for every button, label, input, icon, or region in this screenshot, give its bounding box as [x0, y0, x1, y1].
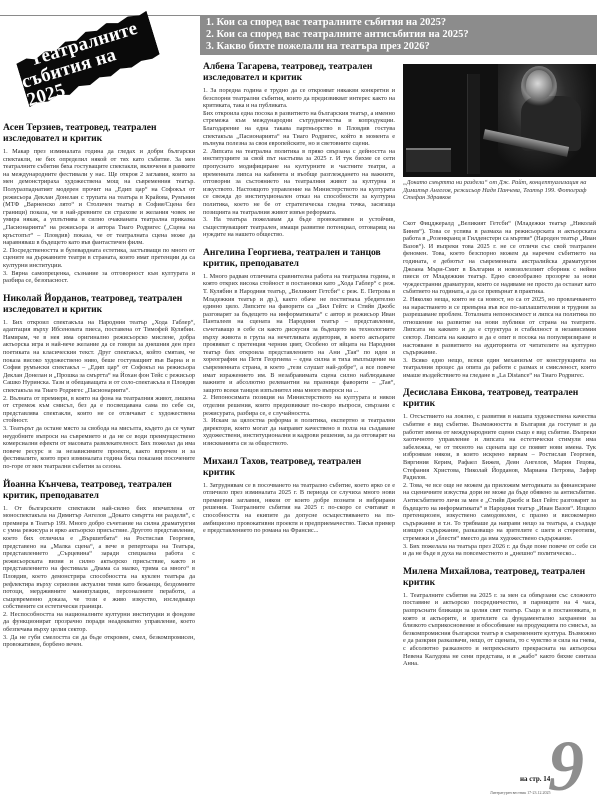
author-name: Албена Тагарева, театровед, театрален из…	[203, 61, 395, 83]
column-right: Скот Фицджералд „Великият Гетсби“ (Младе…	[403, 220, 596, 676]
author-name: Михаил Тахов, театровед, театрален крити…	[203, 456, 395, 478]
response-section: Албена Тагарева, театровед, театрален из…	[203, 61, 395, 239]
answer-paragraph: 3. Всяко едно нещо, всеки един механизъм…	[403, 357, 596, 380]
author-name: Николай Йорданов, театровед, театрален и…	[3, 293, 195, 315]
response-section: Ангелина Георгиева, театрален и танцов к…	[203, 247, 395, 448]
performance-photo	[403, 64, 596, 177]
answer-paragraph: 2. Неспособността на националните култур…	[3, 611, 195, 634]
author-name: Асен Терзиев, театровед, театрален изсле…	[3, 122, 195, 144]
column-left: Асен Терзиев, театровед, театрален изсле…	[3, 122, 195, 657]
answer-paragraph: 3. Искам за цялостна реформа и политика,…	[203, 417, 395, 447]
answer-paragraph: 3. Бих пожелала на театъра през 2026 г. …	[403, 543, 596, 558]
question-2: 2. Кои са според вас театралните антисъб…	[206, 29, 591, 41]
response-section: Асен Терзиев, театровед, театрален изсле…	[3, 122, 195, 285]
page-number: 9	[548, 730, 584, 800]
answer-paragraph: 3. Театърът да остане място за свобода н…	[3, 425, 195, 471]
column-middle: Албена Тагарева, театровед, театрален из…	[203, 61, 395, 543]
section-banner: Театралните събития на 2025	[13, 11, 164, 107]
continued-on-page: на стр. 14	[520, 775, 550, 783]
author-name: Йоанна Кънчева, театровед, театрален кри…	[3, 479, 195, 501]
answer-paragraph: 2. Няколко неща, които не са новост, но …	[403, 296, 596, 357]
answer-paragraph: 3. На театъра пожелавам да бъде провокат…	[203, 216, 395, 239]
response-section: Йоанна Кънчева, театровед, театрален кри…	[3, 479, 195, 649]
author-name: Десислава Енкова, театровед, театрален к…	[403, 387, 596, 409]
top-rule	[0, 15, 200, 16]
response-section: Михаил Тахов, театровед, театрален крити…	[203, 456, 395, 535]
answer-paragraph: 2. Липсата на театрална политика в пряко…	[203, 148, 395, 216]
answer-paragraph: 1. Затруднявам се в посочването на театр…	[203, 482, 395, 535]
question-3: 3. Какво бихте пожелали на театъра през …	[206, 41, 591, 53]
answer-paragraph: 3. Да не губи смелостта си да бъде откро…	[3, 634, 195, 649]
answer-paragraph: 1. Отсъствието на лоялно, с развития в н…	[403, 413, 596, 481]
answer-paragraph: 1. За поредна година е трудно да се откр…	[203, 87, 395, 110]
performer-head	[526, 70, 552, 100]
author-name: Милена Михайлова, театровед, театрален к…	[403, 566, 596, 588]
answer-paragraph: 1. Макар през изминалата година да гледа…	[3, 148, 195, 247]
response-section: Десислава Енкова, театровед, театрален к…	[403, 387, 596, 557]
answer-paragraph: 1. Театралните събития на 2025 г. за мен…	[403, 592, 596, 668]
answer-paragraph: Скот Фицджералд „Великият Гетсби“ (Младе…	[403, 220, 596, 296]
curtain-shape	[467, 74, 480, 174]
answer-paragraph: 2. Вълната от премиери, в която на фона …	[3, 395, 195, 425]
answer-paragraph: 2. Това, че все още не можем да приложим…	[403, 482, 596, 543]
question-1: 1. Кои са според вас театралните събития…	[206, 17, 591, 29]
answer-paragraph: 2. Посредствеността и булевардната естет…	[3, 247, 195, 270]
answer-paragraph: 1. От българските спектакли най-силно би…	[3, 505, 195, 611]
answer-paragraph: 1. Много радвам отличната сравнителна ра…	[203, 273, 395, 395]
photo-caption: „Докато смъртта ни раздели“ от Дж. Райт,…	[403, 179, 596, 202]
equipment-stand	[406, 148, 451, 172]
answer-paragraph: Бих откроила една посока в развитието на…	[203, 110, 395, 148]
answer-paragraph: 3. Вярна самопреценка, съзнание за отгов…	[3, 270, 195, 285]
response-section: Николай Йорданов, театровед, театрален и…	[3, 293, 195, 471]
footer-publication: Литературен вестник 17-23.12.2025	[490, 790, 550, 795]
survey-questions-box: 1. Кои са според вас театралните събития…	[200, 15, 597, 55]
answer-paragraph: 1. Бих откроил спектакъла на Народния те…	[3, 319, 195, 395]
author-name: Ангелина Георгиева, театрален и танцов к…	[203, 247, 395, 269]
answer-paragraph: 2. Непоносимата позиция на Министерствот…	[203, 394, 395, 417]
response-section: Скот Фицджералд „Великият Гетсби“ (Младе…	[403, 220, 596, 379]
response-section: Милена Михайлова, театровед, театрален к…	[403, 566, 596, 668]
